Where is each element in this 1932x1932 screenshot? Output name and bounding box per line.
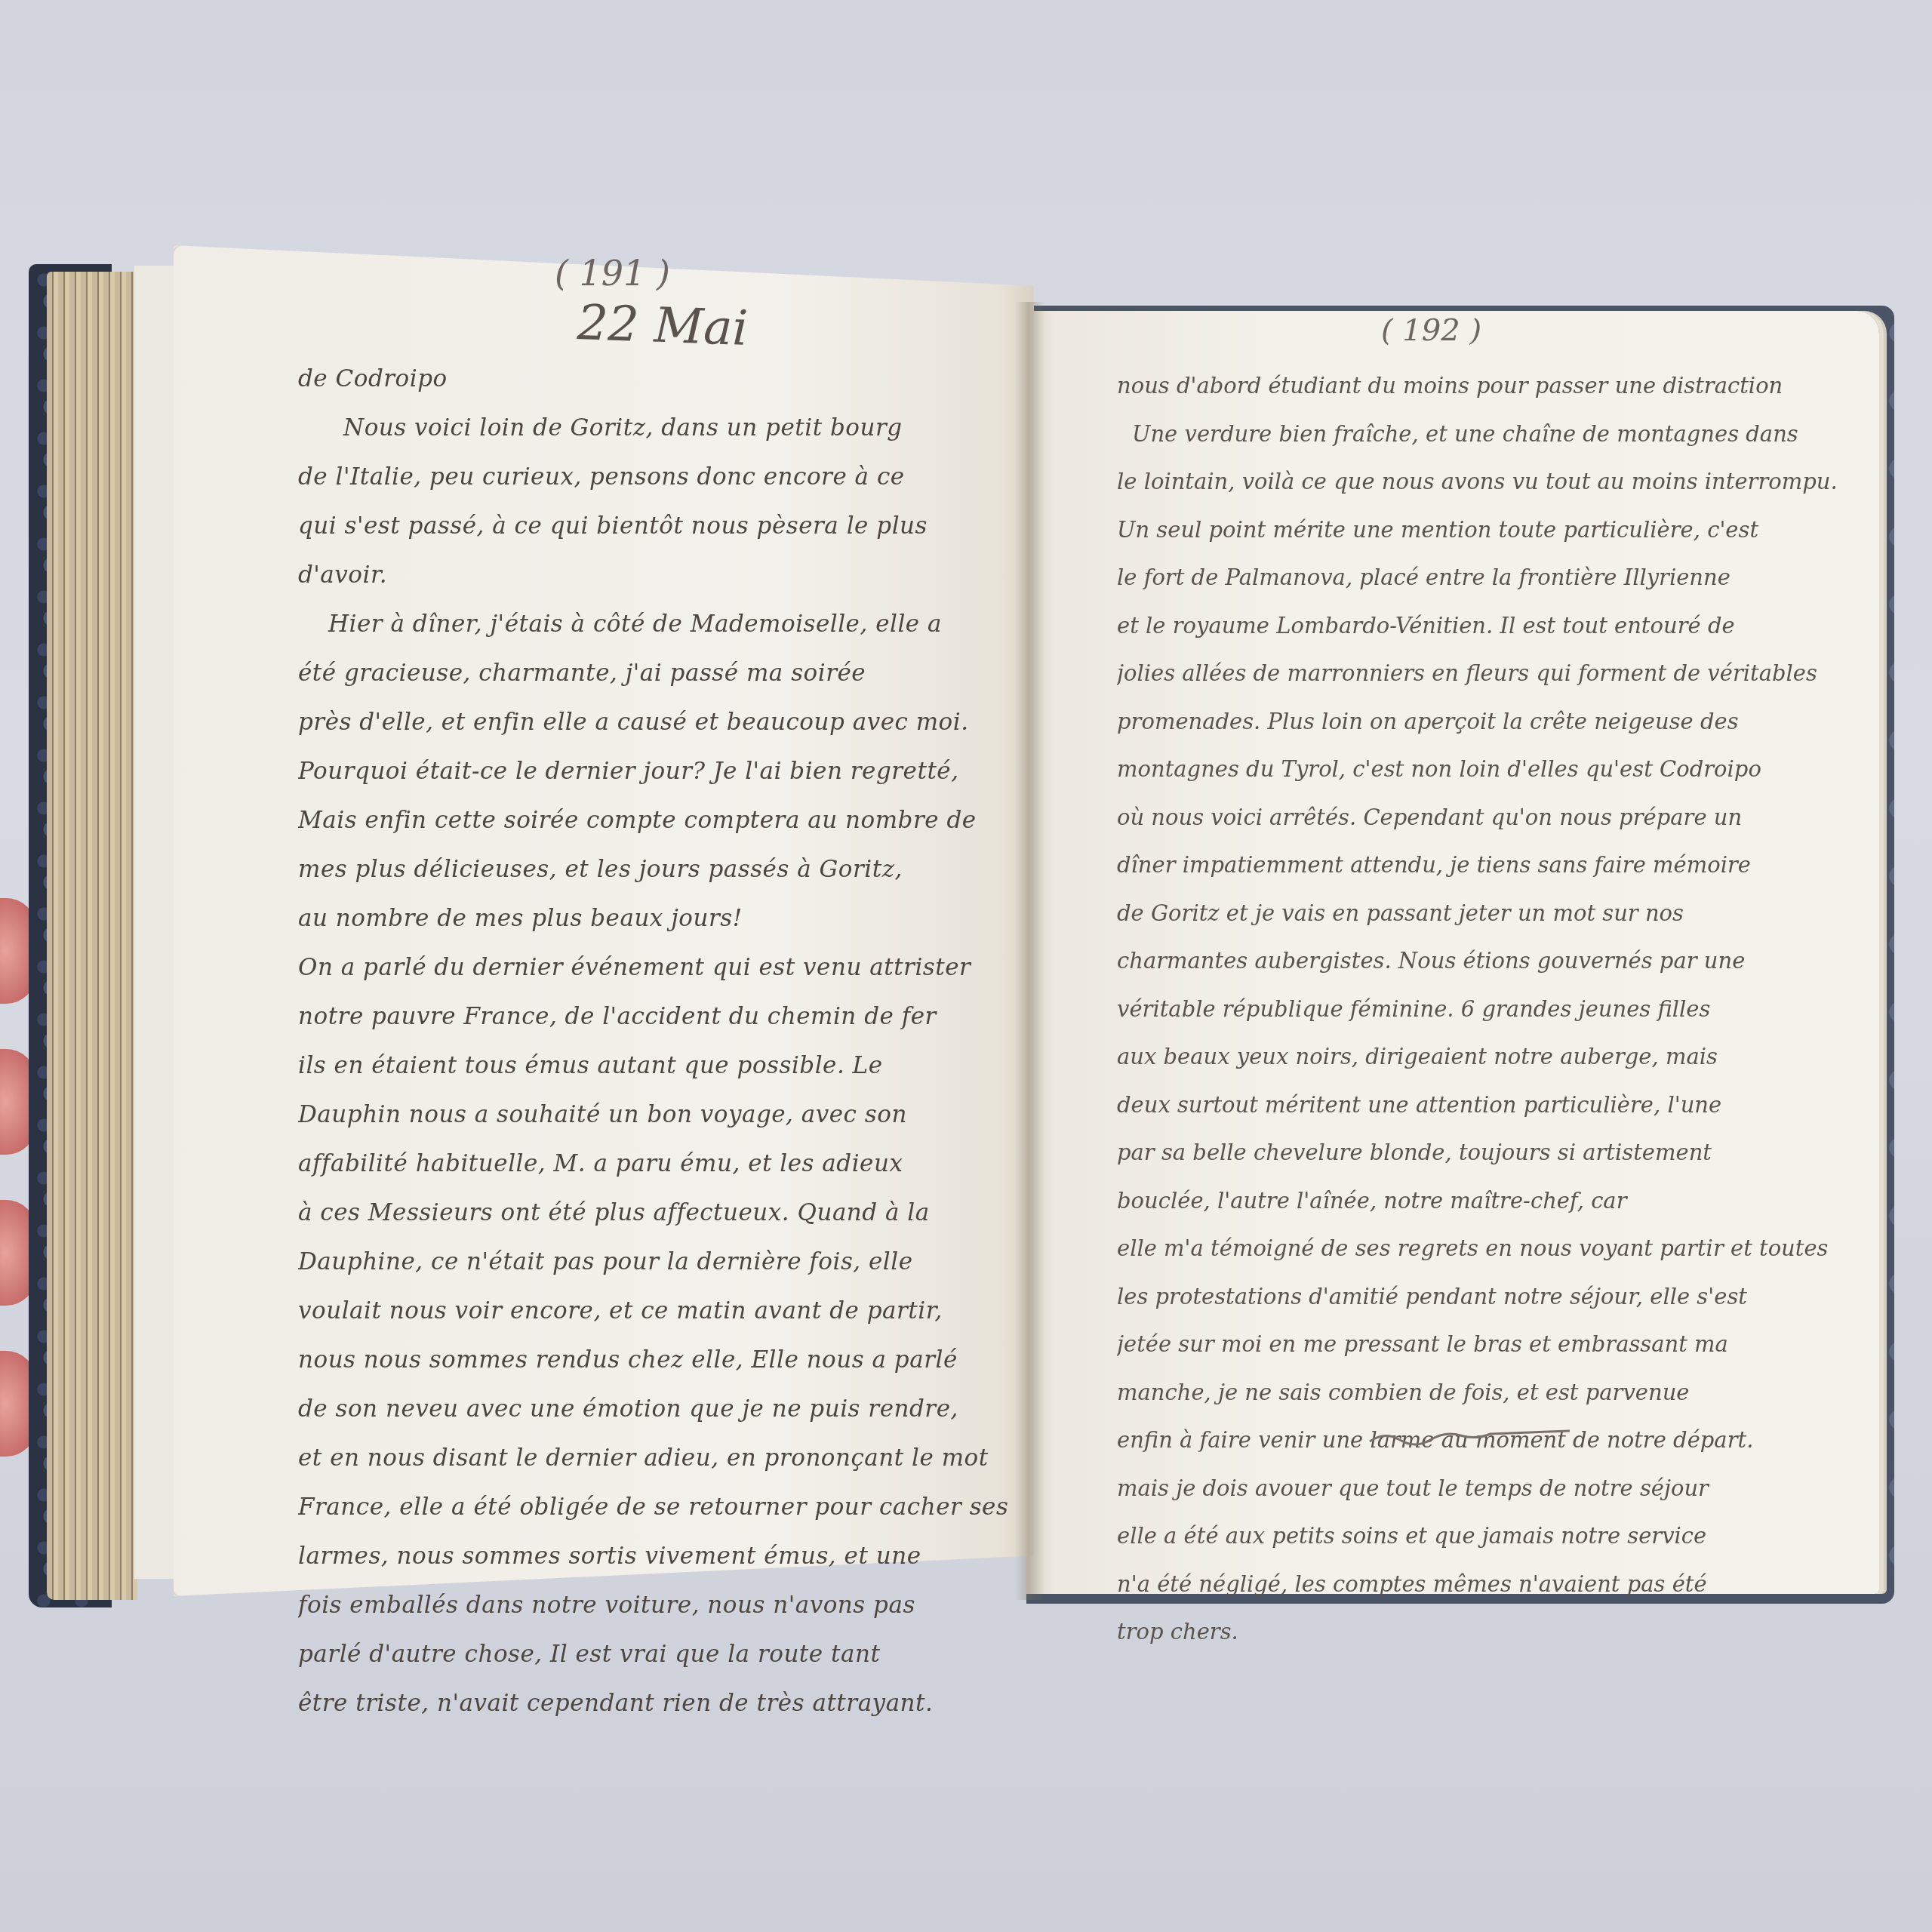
left-page-text: de Codroipo Nous voici loin de Goritz, d… xyxy=(298,355,1008,1728)
text-line: bouclée, l'autre l'aînée, notre maître-c… xyxy=(1117,1177,1864,1226)
text-line: larmes, nous sommes sortis vivement émus… xyxy=(298,1532,1008,1581)
text-line: trop chers. xyxy=(1117,1608,1864,1657)
text-line: de Goritz et je vais en passant jeter un… xyxy=(1117,890,1864,938)
text-line: mais je dois avouer que tout le temps de… xyxy=(1117,1465,1864,1513)
text-line: à ces Messieurs ont été plus affectueux.… xyxy=(298,1189,1008,1238)
text-line: voulait nous voir encore, et ce matin av… xyxy=(298,1287,1008,1336)
text-line: le lointain, voilà ce que nous avons vu … xyxy=(1117,458,1864,506)
text-line: au nombre de mes plus beaux jours! xyxy=(298,894,1008,943)
text-line: dîner impatiemment attendu, je tiens san… xyxy=(1117,841,1864,890)
text-line: manche, je ne sais combien de fois, et e… xyxy=(1117,1369,1864,1417)
text-line: le fort de Palmanova, placé entre la fro… xyxy=(1117,554,1864,602)
text-line: Hier à dîner, j'étais à côté de Mademois… xyxy=(298,600,1008,649)
text-line: montagnes du Tyrol, c'est non loin d'ell… xyxy=(1117,746,1864,794)
text-line: et le royaume Lombardo-Vénitien. Il est … xyxy=(1117,602,1864,651)
text-line: près d'elle, et enfin elle a causé et be… xyxy=(298,698,1008,747)
text-line: fois emballés dans notre voiture, nous n… xyxy=(298,1581,1008,1630)
page-edges xyxy=(47,272,137,1600)
text-line: et en nous disant le dernier adieu, en p… xyxy=(298,1434,1008,1483)
text-line: été gracieuse, charmante, j'ai passé ma … xyxy=(298,649,1008,698)
end-flourish-icon xyxy=(1366,1425,1577,1447)
text-line: être triste, n'avait cependant rien de t… xyxy=(298,1679,1008,1728)
right-page-number: ( 192 ) xyxy=(1381,313,1481,348)
text-line: n'a été négligé, les comptes mêmes n'ava… xyxy=(1117,1561,1864,1609)
text-line: notre pauvre France, de l'accident du ch… xyxy=(298,992,1008,1041)
text-line: France, elle a été obligée de se retourn… xyxy=(298,1483,1008,1532)
text-line: de l'Italie, peu curieux, pensons donc e… xyxy=(298,453,1008,502)
text-line: de son neveu avec une émotion que je ne … xyxy=(298,1385,1008,1434)
text-line: Dauphin nous a souhaité un bon voyage, a… xyxy=(298,1091,1008,1140)
text-line: d'avoir. xyxy=(298,551,1008,600)
text-line: jolies allées de marronniers en fleurs q… xyxy=(1117,650,1864,698)
text-line: véritable république féminine. 6 grandes… xyxy=(1117,986,1864,1034)
text-line: promenades. Plus loin on aperçoit la crê… xyxy=(1117,698,1864,746)
text-line: elle a été aux petits soins et que jamai… xyxy=(1117,1512,1864,1561)
text-line: On a parlé du dernier événement qui est … xyxy=(298,943,1008,992)
right-page-text: nous d'abord étudiant du moins pour pass… xyxy=(1117,362,1864,1657)
text-line: nous d'abord étudiant du moins pour pass… xyxy=(1117,362,1864,411)
text-line: affabilité habituelle, M. a paru ému, et… xyxy=(298,1140,1008,1189)
text-line: aux beaux yeux noirs, dirigeaient notre … xyxy=(1117,1033,1864,1081)
text-line: elle m'a témoigné de ses regrets en nous… xyxy=(1117,1225,1864,1273)
text-line: Un seul point mérite une mention toute p… xyxy=(1117,506,1864,555)
text-line: qui s'est passé, à ce qui bientôt nous p… xyxy=(298,502,1008,551)
text-line: mes plus délicieuses, et les jours passé… xyxy=(298,845,1008,894)
text-line: deux surtout méritent une attention part… xyxy=(1117,1081,1864,1130)
text-line: de Codroipo xyxy=(298,355,1008,404)
left-page-number: ( 191 ) xyxy=(555,253,670,294)
text-line: Une verdure bien fraîche, et une chaîne … xyxy=(1117,411,1864,459)
text-line: nous nous sommes rendus chez elle, Elle … xyxy=(298,1336,1008,1385)
text-line: où nous voici arrêtés. Cependant qu'on n… xyxy=(1117,794,1864,842)
text-line: Dauphine, ce n'était pas pour la dernièr… xyxy=(298,1238,1008,1287)
text-line: les protestations d'amitié pendant notre… xyxy=(1117,1273,1864,1321)
text-line: ils en étaient tous émus autant que poss… xyxy=(298,1041,1008,1091)
text-line: jetée sur moi en me pressant le bras et … xyxy=(1117,1321,1864,1369)
text-line: Nous voici loin de Goritz, dans un petit… xyxy=(298,404,1008,453)
text-line: Mais enfin cette soirée compte comptera … xyxy=(298,796,1008,845)
text-line: parlé d'autre chose, Il est vrai que la … xyxy=(298,1630,1008,1679)
book-gutter xyxy=(1015,302,1045,1600)
text-line: Pourquoi était-ce le dernier jour? Je l'… xyxy=(298,747,1008,796)
date-heading: 22 Mai xyxy=(577,295,749,357)
text-line: par sa belle chevelure blonde, toujours … xyxy=(1117,1129,1864,1177)
text-line: charmantes aubergistes. Nous étions gouv… xyxy=(1117,937,1864,986)
